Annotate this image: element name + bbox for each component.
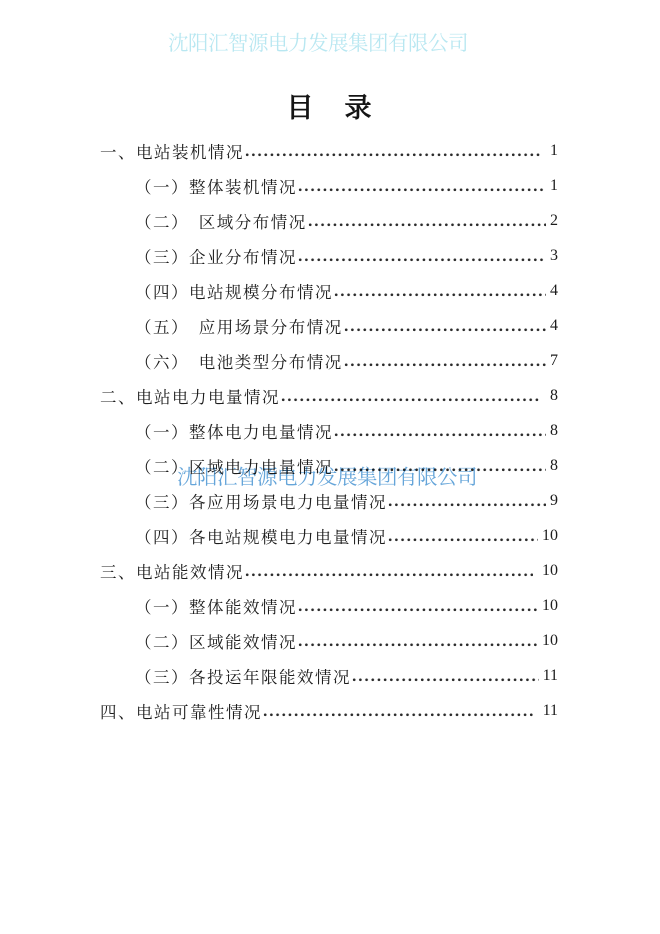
toc-entry-page: 1: [542, 142, 558, 160]
toc-entry[interactable]: （二）区域电力电量情况 8: [100, 448, 558, 483]
toc-entry-label: （四）电站规模分布情况: [135, 279, 333, 303]
dot-leader: [245, 142, 541, 159]
toc-entry-page: 8: [542, 387, 558, 405]
toc-entry-label: （一）整体装机情况: [135, 174, 297, 198]
toc-entry-page: 10: [539, 527, 558, 545]
toc-entry-page: 10: [539, 632, 558, 650]
toc-entry-label: （一）整体电力电量情况: [135, 419, 333, 443]
toc-entry[interactable]: （三）各投运年限能效情况 11: [100, 658, 558, 693]
dot-leader: [388, 492, 546, 509]
toc-entry-page: 9: [547, 492, 558, 510]
toc-entry[interactable]: 四、电站可靠性情况 11: [100, 693, 558, 728]
toc-entry-page: 10: [539, 597, 558, 615]
toc-entry-label: （六） 电池类型分布情况: [135, 349, 343, 373]
toc-entry[interactable]: （三）企业分布情况 3: [100, 238, 558, 273]
toc-entry-label: 三、电站能效情况: [100, 559, 244, 583]
toc-entry-label: （三）各投运年限能效情况: [135, 664, 351, 688]
dot-leader: [388, 527, 538, 544]
toc-entry-label: （二） 区域分布情况: [135, 209, 307, 233]
toc-list: 一、电站装机情况 1 （一）整体装机情况 1 （二） 区域分布情况 2 （三）企…: [100, 133, 558, 728]
toc-entry[interactable]: （三）各应用场景电力电量情况 9: [100, 483, 558, 518]
dot-leader: [334, 422, 546, 439]
dot-leader: [344, 317, 546, 334]
toc-entry[interactable]: （四）各电站规模电力电量情况 10: [100, 518, 558, 553]
toc-entry-page: 10: [534, 562, 558, 580]
toc-entry-label: （二）区域能效情况: [135, 629, 297, 653]
toc-entry-page: 4: [547, 282, 558, 300]
page-title: 目 录: [0, 86, 660, 125]
dot-leader: [334, 282, 546, 299]
dot-leader: [334, 457, 546, 474]
toc-entry[interactable]: （六） 电池类型分布情况 7: [100, 343, 558, 378]
toc-entry[interactable]: （二）区域能效情况 10: [100, 623, 558, 658]
toc-entry-page: 8: [547, 457, 558, 475]
dot-leader: [298, 597, 538, 614]
dot-leader: [298, 177, 546, 194]
toc-entry-label: （三）企业分布情况: [135, 244, 297, 268]
toc-entry-page: 3: [547, 247, 558, 265]
toc-entry-label: 二、电站电力电量情况: [100, 384, 280, 408]
toc-entry[interactable]: 二、电站电力电量情况 8: [100, 378, 558, 413]
toc-entry[interactable]: （一）整体电力电量情况 8: [100, 413, 558, 448]
toc-entry-page: 11: [535, 702, 558, 720]
toc-entry[interactable]: 一、电站装机情况 1: [100, 133, 558, 168]
toc-entry[interactable]: 三、电站能效情况 10: [100, 553, 558, 588]
watermark-top: 沈阳汇智源电力发展集团有限公司: [168, 26, 468, 56]
dot-leader: [298, 632, 538, 649]
toc-entry-label: （三）各应用场景电力电量情况: [135, 489, 387, 513]
dot-leader: [352, 667, 539, 684]
dot-leader: [245, 562, 533, 579]
toc-entry-label: 四、电站可靠性情况: [100, 699, 262, 723]
dot-leader: [308, 212, 546, 229]
toc-entry-label: （五） 应用场景分布情况: [135, 314, 343, 338]
toc-entry-page: 1: [547, 177, 558, 195]
dot-leader: [344, 352, 546, 369]
toc-entry[interactable]: （一）整体装机情况 1: [100, 168, 558, 203]
toc-entry[interactable]: （五） 应用场景分布情况 4: [100, 308, 558, 343]
dot-leader: [281, 387, 541, 404]
toc-entry-label: （二）区域电力电量情况: [135, 454, 333, 478]
toc-entry-page: 8: [547, 422, 558, 440]
toc-entry-label: （一）整体能效情况: [135, 594, 297, 618]
toc-entry-page: 7: [547, 352, 558, 370]
dot-leader: [298, 247, 546, 264]
toc-entry[interactable]: （一）整体能效情况 10: [100, 588, 558, 623]
dot-leader: [263, 702, 534, 719]
toc-entry-page: 2: [547, 212, 558, 230]
toc-entry[interactable]: （四）电站规模分布情况 4: [100, 273, 558, 308]
toc-entry[interactable]: （二） 区域分布情况 2: [100, 203, 558, 238]
toc-entry-page: 4: [547, 317, 558, 335]
document-page: 沈阳汇智源电力发展集团有限公司 目 录 一、电站装机情况 1 （一）整体装机情况…: [0, 0, 660, 934]
toc-entry-page: 11: [540, 667, 558, 685]
toc-entry-label: 一、电站装机情况: [100, 139, 244, 163]
toc-entry-label: （四）各电站规模电力电量情况: [135, 524, 387, 548]
